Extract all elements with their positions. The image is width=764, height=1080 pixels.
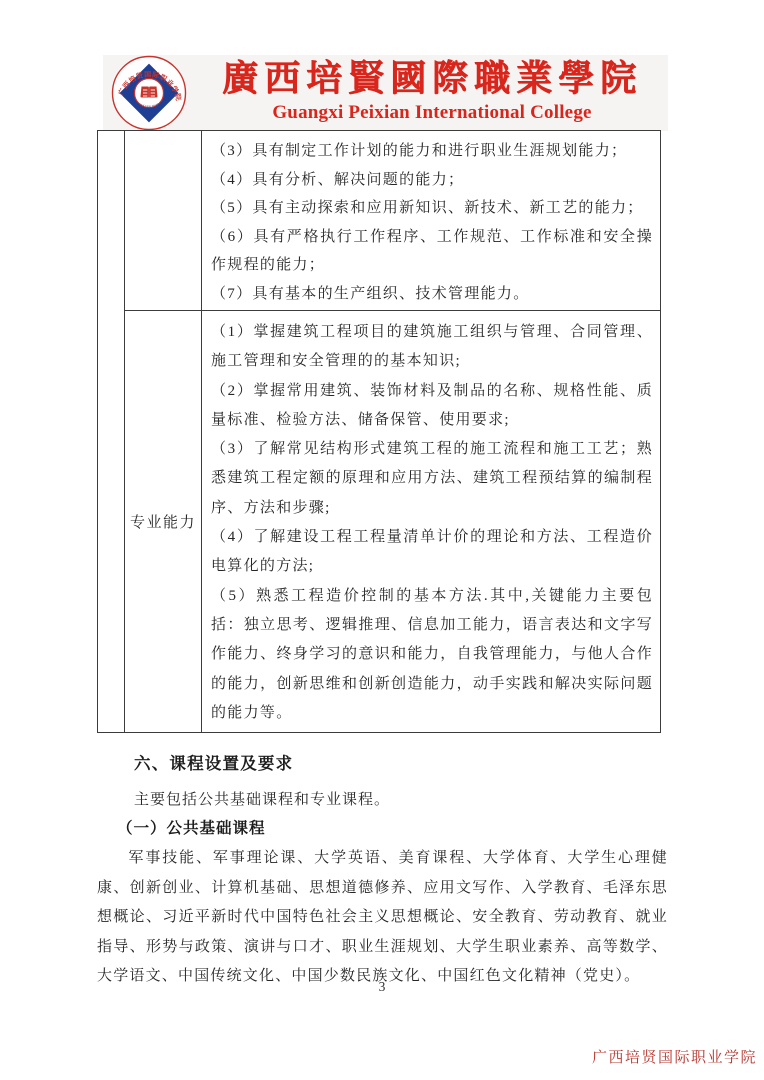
section-heading-course-setup: 六、课程设置及要求 bbox=[134, 750, 293, 774]
table-row2-label-cell: 专业能力 bbox=[125, 311, 202, 732]
header-band: 广西培贤国际职业学院 GUANGXI PEIXIAN INTERNATIONAL… bbox=[103, 55, 668, 131]
header-titles: 廣西培賢國際職業學院 Guangxi Peixian International… bbox=[201, 55, 663, 131]
table-row1-label-cell bbox=[125, 131, 202, 311]
table-row2-content-cell: （1）掌握建筑工程项目的建筑施工组织与管理、合同管理、施工管理和安全管理的的基本… bbox=[202, 311, 660, 732]
ability-item: （3）具有制定工作计划的能力和进行职业生涯规划能力； bbox=[211, 137, 653, 166]
subsection-heading-public-courses: （一）公共基础课程 bbox=[117, 816, 266, 838]
public-courses-paragraph: 军事技能、军事理论课、大学英语、美育课程、大学体育、大学生心理健康、创新创业、计… bbox=[97, 844, 668, 992]
table-row1-content-cell: （3）具有制定工作计划的能力和进行职业生涯规划能力； （4）具有分析、解决问题的… bbox=[202, 131, 660, 311]
ability-item: （2）掌握常用建筑、装饰材料及制品的名称、规格性能、质量标准、检验方法、储备保管… bbox=[211, 377, 653, 436]
table-outer-spacer-cell bbox=[98, 131, 125, 732]
ability-item: （7）具有基本的生产组织、技术管理能力。 bbox=[211, 280, 653, 309]
college-logo-icon: 广西培贤国际职业学院 GUANGXI PEIXIAN INTERNATIONAL… bbox=[111, 55, 187, 131]
section-intro-text: 主要包括公共基础课程和专业课程。 bbox=[134, 788, 390, 809]
college-name-english: Guangxi Peixian International College bbox=[201, 101, 663, 125]
ability-item: （5）熟悉工程造价控制的基本方法.其中,关键能力主要包括：独立思考、逻辑推理、信… bbox=[211, 582, 653, 728]
ability-item: （4）了解建设工程工程量清单计价的理论和方法、工程造价电算化的方法; bbox=[211, 523, 653, 582]
ability-item: （5）具有主动探索和应用新知识、新技术、新工艺的能力； bbox=[211, 194, 653, 223]
page-number: 3 bbox=[0, 979, 764, 995]
ability-item: （3）了解常见结构形式建筑工程的施工流程和施工工艺；熟悉建筑工程定额的原理和应用… bbox=[211, 435, 653, 523]
document-page: 广西培贤国际职业学院 GUANGXI PEIXIAN INTERNATIONAL… bbox=[0, 0, 764, 1080]
competency-table: （3）具有制定工作计划的能力和进行职业生涯规划能力； （4）具有分析、解决问题的… bbox=[97, 130, 661, 733]
footer-school-name: 广西培贤国际职业学院 bbox=[592, 1046, 757, 1067]
ability-item: （1）掌握建筑工程项目的建筑施工组织与管理、合同管理、施工管理和安全管理的的基本… bbox=[211, 318, 653, 377]
ability-item: （6）具有严格执行工作程序、工作规范、工作标准和安全操作规程的能力； bbox=[211, 223, 653, 280]
ability-item: （4）具有分析、解决问题的能力； bbox=[211, 166, 653, 195]
college-name-chinese: 廣西培賢國際職業學院 bbox=[201, 56, 663, 101]
